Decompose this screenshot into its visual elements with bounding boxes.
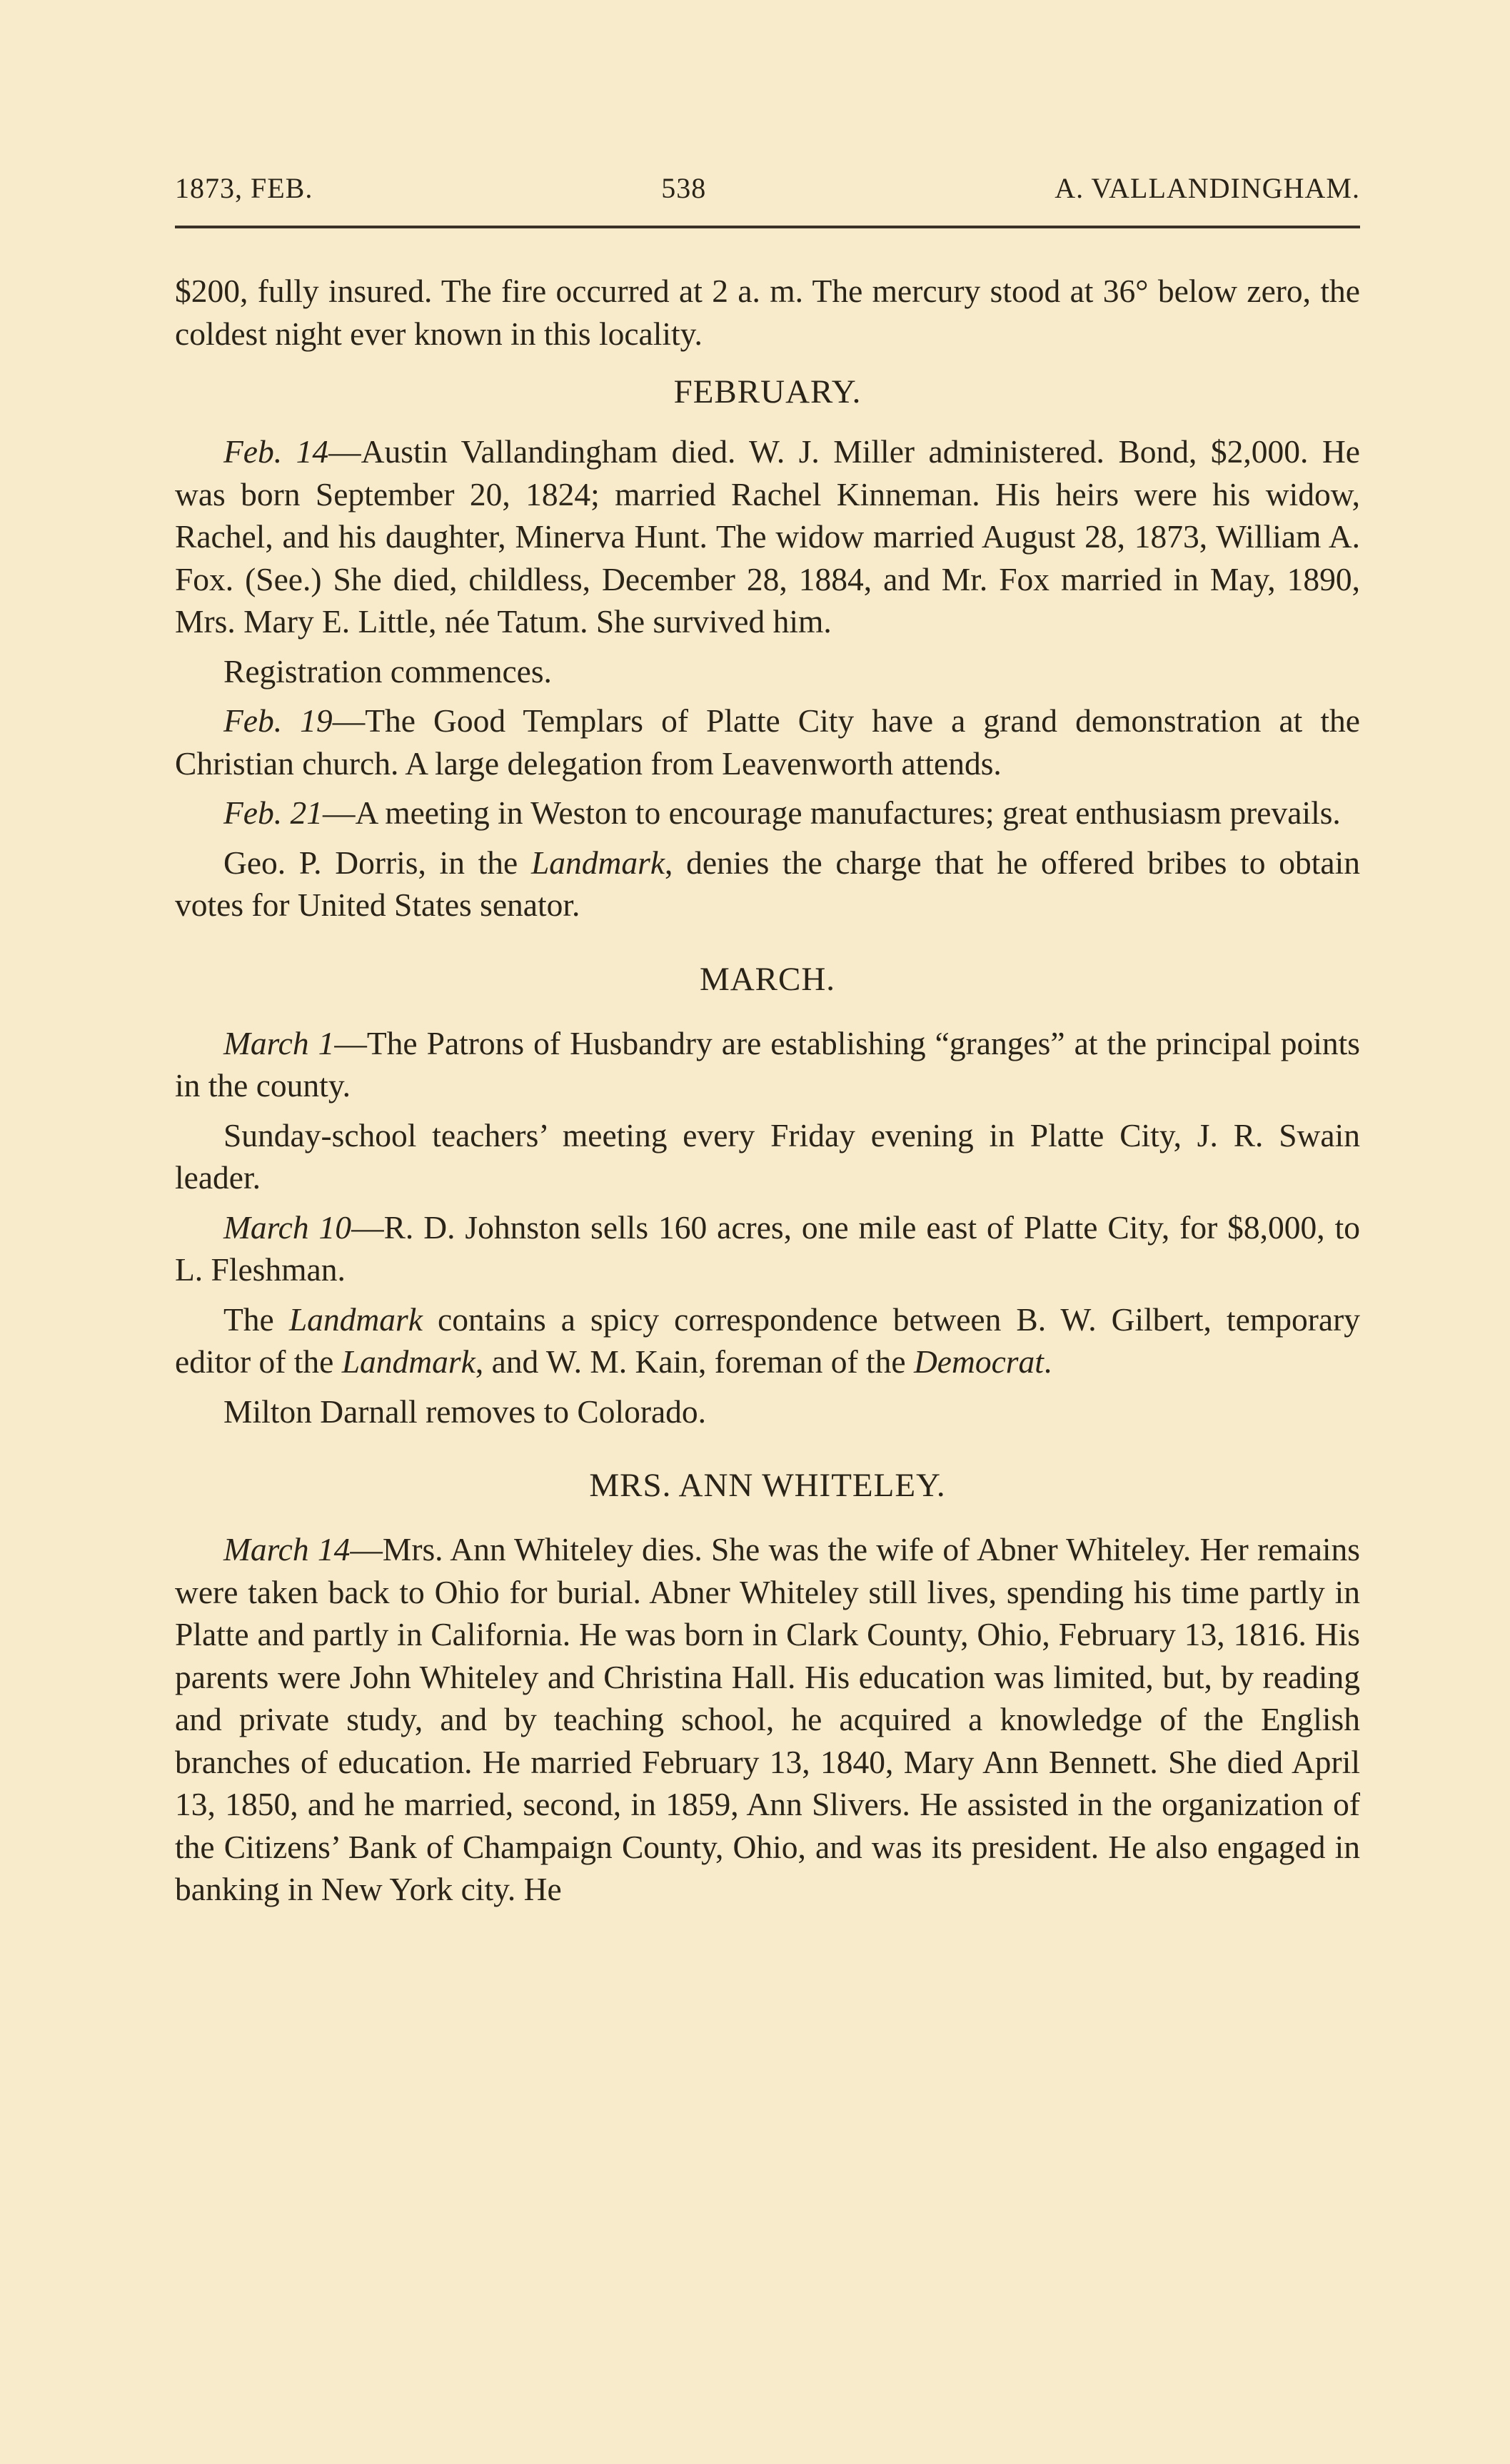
entry-text: —The Patrons of Husbandry are establishi… — [175, 1025, 1360, 1104]
entry-march-14: March 14—Mrs. Ann Whiteley dies. She was… — [175, 1528, 1360, 1911]
newspaper-title: Landmark — [289, 1301, 423, 1338]
newspaper-title: Democrat — [914, 1343, 1044, 1380]
entry-date: Feb. 19 — [223, 702, 333, 739]
running-head-title: A. VALLANDINGHAM. — [1055, 171, 1360, 205]
book-page: 1873, FEB. 538 A. VALLANDINGHAM. $200, f… — [175, 171, 1360, 1918]
newspaper-title: Landmark — [531, 844, 665, 881]
entry-text: —Mrs. Ann Whiteley dies. She was the wif… — [175, 1531, 1360, 1907]
entry-text: Sunday-school teachers’ meeting every Fr… — [175, 1117, 1360, 1196]
entry-date: March 14 — [223, 1531, 350, 1567]
entry-march-1: March 1—The Patrons of Husbandry are est… — [175, 1022, 1360, 1107]
entry-text: —The Good Templars of Platte City have a… — [175, 702, 1360, 782]
body-text: $200, fully insured. The fire occurred a… — [175, 270, 1360, 1911]
section-heading-february: FEBRUARY. — [175, 370, 1360, 413]
entry-text: , and W. M. Kain, foreman of the — [475, 1343, 914, 1380]
entry-landmark-correspondence: The Landmark contains a spicy correspond… — [175, 1298, 1360, 1383]
entry-text: Geo. P. Dorris, in the — [223, 844, 531, 881]
entry-feb-14: Feb. 14—Austin Vallandingham died. W. J.… — [175, 430, 1360, 643]
entry-date: Feb. 14 — [223, 433, 328, 470]
page-number: 538 — [661, 171, 706, 205]
entry-text: The — [223, 1301, 289, 1338]
entry-date: March 10 — [223, 1209, 351, 1246]
entry-text: Registration commences. — [223, 653, 552, 690]
section-heading-march: MARCH. — [175, 958, 1360, 1001]
entry-date: Feb. 21 — [223, 794, 323, 831]
section-heading-whiteley: MRS. ANN WHITELEY. — [175, 1464, 1360, 1507]
entry-sunday-school: Sunday-school teachers’ meeting every Fr… — [175, 1114, 1360, 1199]
entry-feb-21: Feb. 21—A meeting in Weston to encourage… — [175, 792, 1360, 834]
continuation-paragraph: $200, fully insured. The fire occurred a… — [175, 270, 1360, 355]
running-head-date: 1873, FEB. — [175, 171, 313, 205]
entry-text: —A meeting in Weston to encourage manufa… — [323, 794, 1341, 831]
entry-march-10: March 10—R. D. Johnston sells 160 acres,… — [175, 1206, 1360, 1291]
newspaper-title: Landmark — [342, 1343, 475, 1380]
running-head: 1873, FEB. 538 A. VALLANDINGHAM. — [175, 171, 1360, 214]
entry-dorris: Geo. P. Dorris, in the Landmark, denies … — [175, 842, 1360, 926]
entry-darnall: Milton Darnall removes to Colorado. — [175, 1390, 1360, 1433]
header-rule — [175, 226, 1360, 228]
entry-text: Milton Darnall removes to Colorado. — [223, 1393, 706, 1430]
entry-text: —Austin Vallandingham died. W. J. Miller… — [175, 433, 1360, 640]
entry-feb-19: Feb. 19—The Good Templars of Platte City… — [175, 700, 1360, 784]
entry-text: . — [1044, 1343, 1052, 1380]
entry-date: March 1 — [223, 1025, 334, 1061]
entry-registration: Registration commences. — [175, 650, 1360, 693]
entry-text: —R. D. Johnston sells 160 acres, one mil… — [175, 1209, 1360, 1288]
